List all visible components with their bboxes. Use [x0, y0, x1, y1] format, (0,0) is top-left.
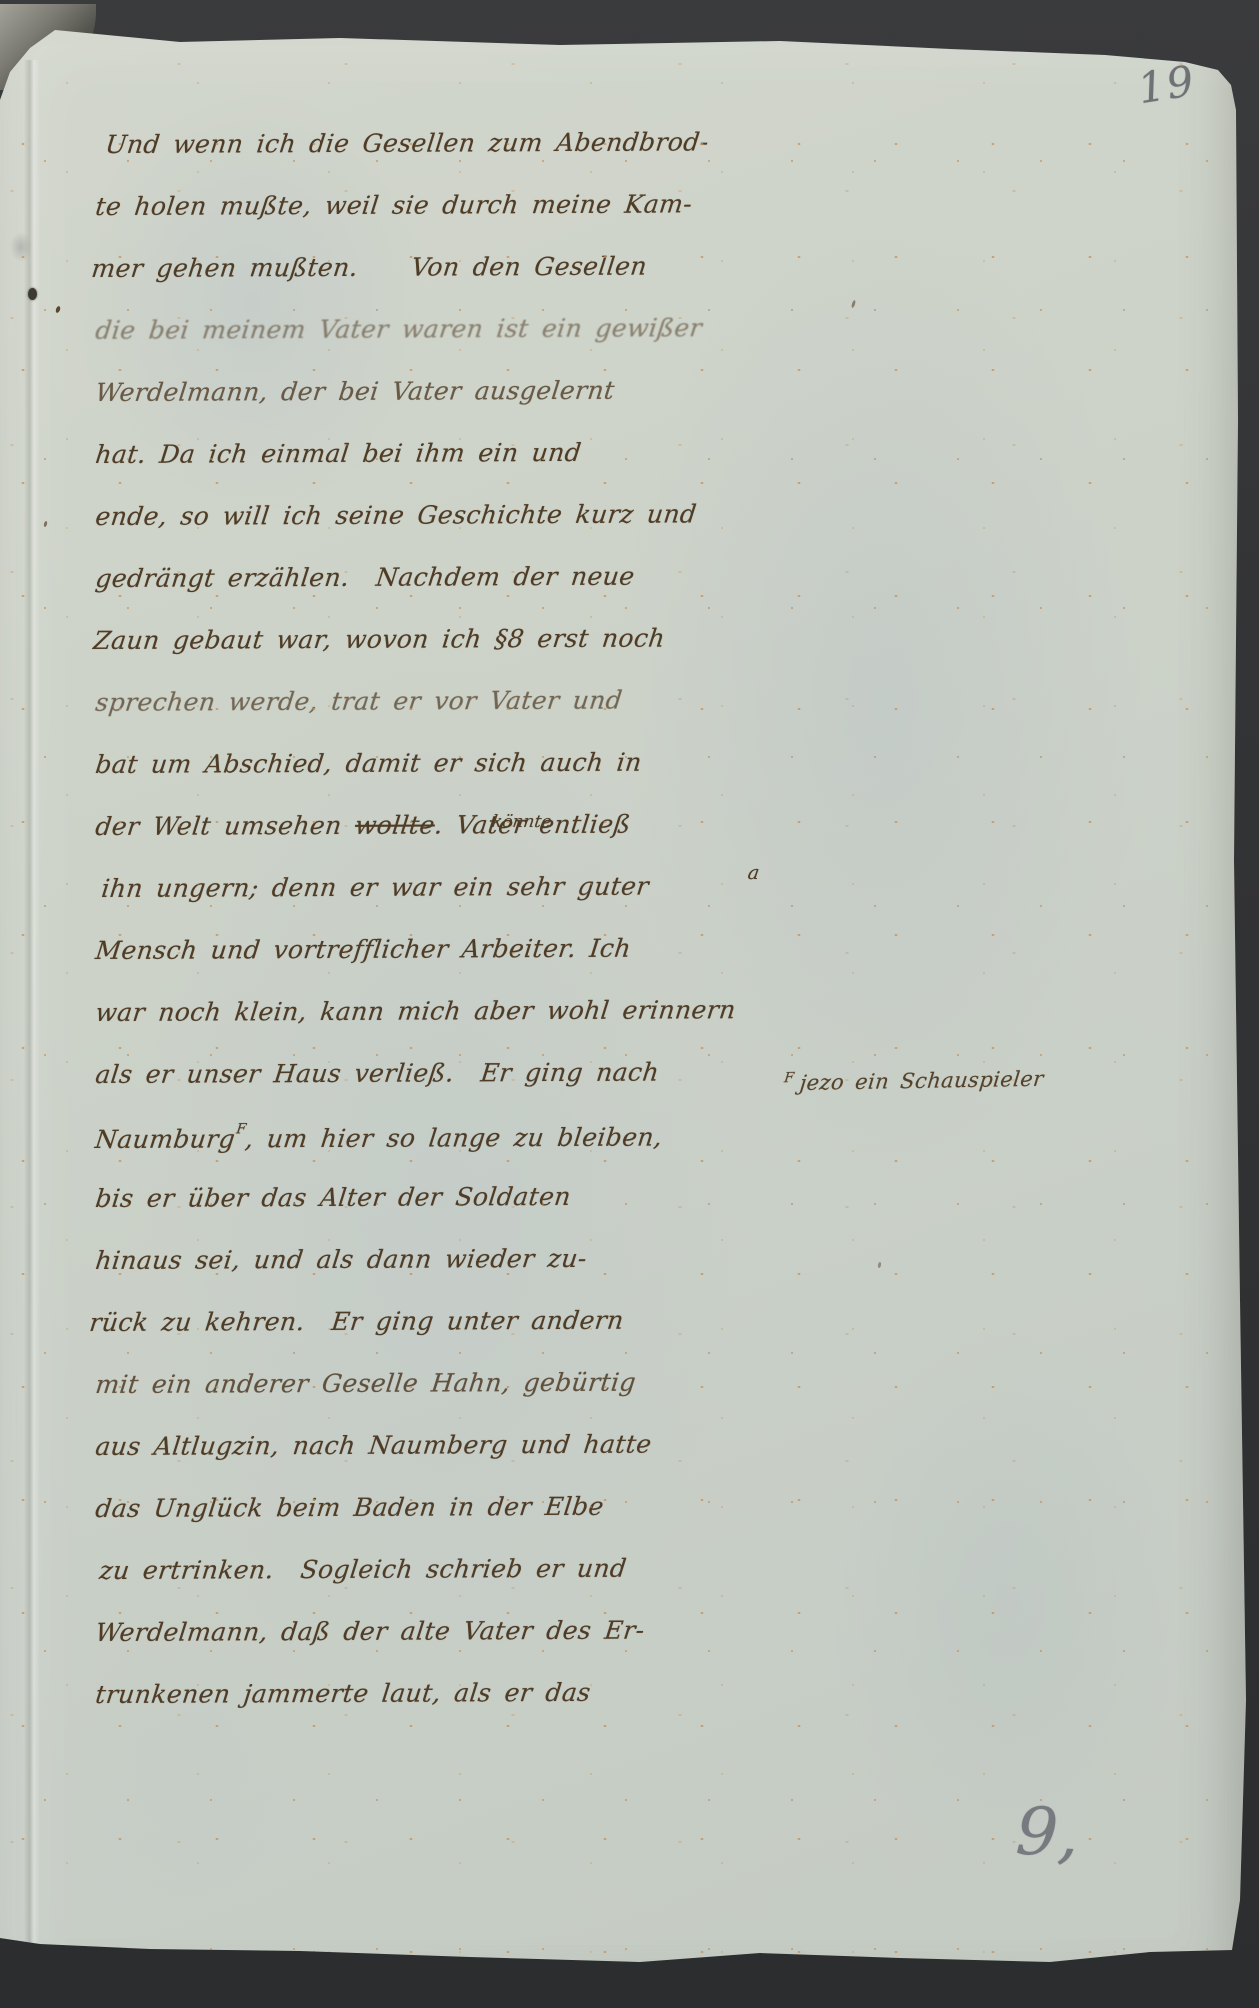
manuscript-line: mit ein anderer Geselle Hahn, gebürtig [90, 1367, 738, 1432]
manuscript-line: sprechen werde, trat er vor Vater und [90, 685, 738, 750]
margin-note: Fjezo ein Schauspieler [782, 1066, 1045, 1096]
manuscript-line: das Unglück beim Baden in der Elbe [90, 1491, 738, 1556]
manuscript-line: te holen mußte, weil sie durch meine Kam… [90, 189, 738, 254]
manuscript-line: NaumburgF, um hier so lange zu bleiben, [90, 1119, 738, 1184]
manuscript-line: ihn ungern; denn er war ein sehr guter [96, 871, 738, 936]
manuscript-line: ende, so will ich seine Geschichte kurz … [90, 499, 738, 564]
manuscript-line: hinaus sei, und als dann wieder zu- [90, 1243, 738, 1308]
manuscript-line: als er unser Haus verließ. Er ging nach [90, 1057, 738, 1122]
manuscript-line: mer gehen mußten. Von den Gesellen [86, 251, 738, 316]
paper-hole [28, 288, 37, 300]
page-number-pencil: 9, [1014, 1792, 1081, 1872]
margin-note-text: jezo ein Schauspieler [799, 1067, 1045, 1095]
manuscript-line: hat. Da ich einmal bei ihm ein und [90, 437, 738, 502]
manuscript-line: Werdelmann, daß der alte Vater des Er- [90, 1615, 738, 1680]
manuscript-line: rück zu kehren. Er ging unter andern [84, 1305, 738, 1370]
manuscript-line: zu ertrinken. Sogleich schrieb er und [94, 1553, 738, 1618]
scanned-manuscript-view: 19 Und wenn ich die Gesellen zum Abendbr… [0, 0, 1259, 2008]
manuscript-line: gedrängt erzählen. Nachdem der neue [90, 561, 738, 626]
ink-fleck [877, 1262, 881, 1268]
manuscript-line: die bei meinem Vater waren ist ein gewiß… [90, 313, 738, 378]
ink-fleck [851, 300, 856, 309]
manuscript-page: 19 Und wenn ich die Gesellen zum Abendbr… [0, 0, 1259, 2008]
manuscript-text: Und wenn ich die Gesellen zum Abendbrod-… [90, 130, 730, 1742]
manuscript-line: trunkenen jammerte laut, als er das [90, 1677, 738, 1742]
ink-fleck [55, 306, 61, 314]
folio-number-pencil: 19 [1135, 56, 1199, 113]
manuscript-line: Zaun gebaut war, wovon ich §8 erst noch [88, 623, 738, 688]
manuscript-line: Werdelmann, der bei Vater ausgelernt [90, 375, 738, 440]
pencil-smudge [10, 232, 32, 262]
manuscript-line: Mensch und vortrefflicher Arbeiter. Ich [90, 933, 738, 998]
manuscript-line: aus Altlugzin, nach Naumberg und hatte [90, 1429, 738, 1494]
manuscript-line: bat um Abschied, damit er sich auch in [90, 747, 738, 812]
ink-fleck [43, 521, 47, 528]
paper-fold-crease [24, 60, 40, 1950]
margin-note-reference-mark: F [783, 1070, 795, 1086]
manuscript-line: Und wenn ich die Gesellen zum Abendbrod- [100, 127, 738, 192]
correction-insert-letter: a [746, 862, 760, 884]
manuscript-line: der Welt umsehen wollte. Vater entließ [90, 809, 738, 874]
manuscript-line: war noch klein, kann mich aber wohl erin… [90, 995, 738, 1060]
manuscript-line: bis er über das Alter der Soldaten [90, 1181, 738, 1246]
correction-insert-word: könnte [491, 812, 553, 832]
